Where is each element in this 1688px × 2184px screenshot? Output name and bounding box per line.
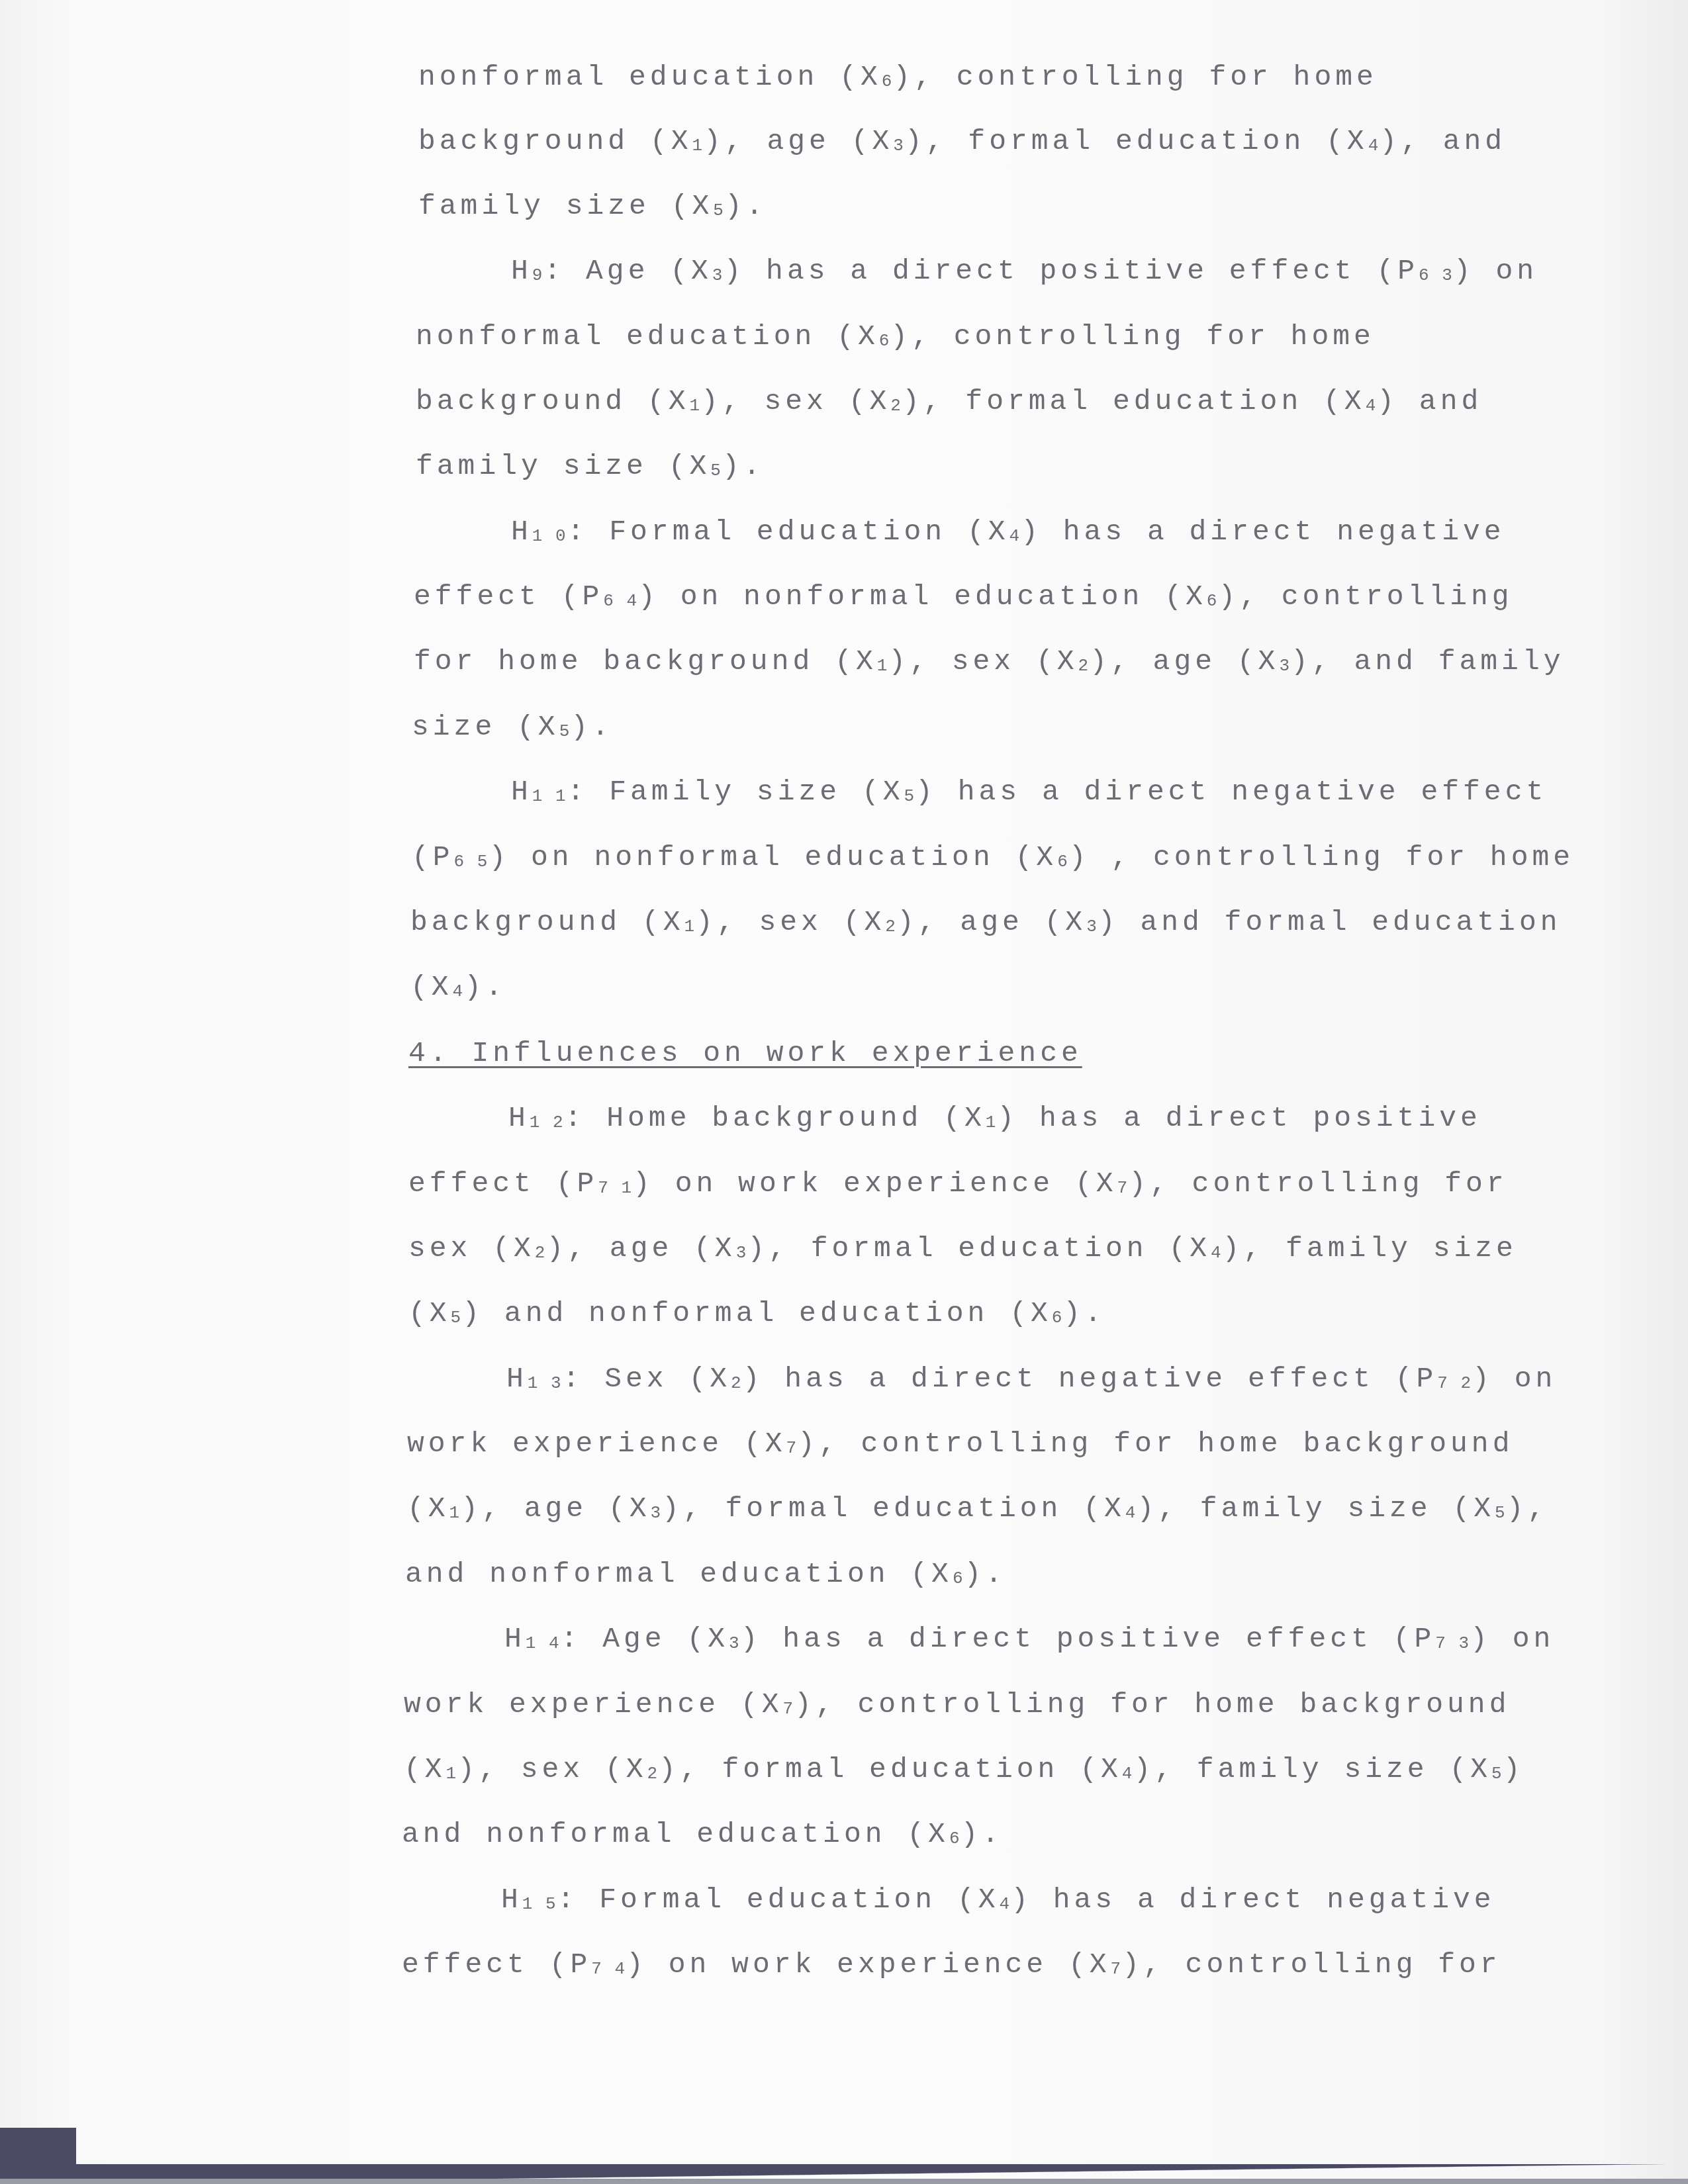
scanned-page: nonformal education (X6), controlling fo… [0,0,1688,2184]
subscript: 5 [713,201,725,220]
text-line: work experience (X7), controlling for ho… [407,1430,1513,1458]
subscript: 4 [453,981,465,1001]
text-run: ) on work experience (X [626,1948,1111,1981]
text-run: (X [410,971,453,1003]
subscript: 6 [1207,591,1219,611]
text-run: H [504,1623,526,1655]
text-run: ) on nonformal education (X [638,580,1207,613]
subscript: 7 1 [598,1178,633,1198]
text-run: for home background (X [414,645,877,678]
text-run: work experience (X [407,1428,786,1460]
subscript: 3 [729,1633,741,1653]
subscript: 1 [684,917,696,936]
subscript: 4 [1368,136,1380,156]
text-run: ), formal education (X [902,385,1366,418]
subscript: 7 [786,1438,798,1458]
text-line: H1 4: Age (X3) has a direct positive eff… [504,1625,1554,1653]
text-line: (X4). [410,973,506,1001]
subscript: 3 [1086,917,1098,936]
subscript: 7 [782,1699,794,1719]
subscript: 6 5 [454,852,489,872]
subscript: 2 [647,1764,659,1784]
scan-bottom-edge [0,2179,1688,2184]
text-run: ), family size (X [1137,1492,1495,1525]
text-run: background (X [416,385,689,418]
text-run: ). [961,1818,1004,1850]
text-line: background (X1), age (X3), formal educat… [418,127,1506,156]
text-run: ) has a direct negative effect (P [743,1363,1438,1395]
text-run: effect (P [408,1167,598,1200]
text-line: and nonformal education (X6). [402,1820,1003,1848]
text-line: (X1), age (X3), formal education (X4), f… [407,1494,1548,1523]
text-run: ) on [1454,255,1538,287]
text-run: effect (P [414,580,603,613]
subscript: 1 4 [526,1633,561,1653]
section-heading: 4. Influences on work experience [408,1039,1082,1068]
text-run: : Formal education (X [567,516,1009,548]
text-run: sex (X [408,1232,535,1265]
text-run: ). [1063,1297,1105,1330]
text-run: (X [408,1297,451,1330]
subscript: 4 [1125,1503,1137,1523]
text-run: nonformal education (X [416,320,879,353]
text-run: ), controlling for home [893,61,1378,93]
text-run: : Home background (X [565,1102,986,1134]
text-line: work experience (X7), controlling for ho… [404,1690,1510,1719]
text-run: background (X [410,906,684,938]
text-run: ), [1507,1492,1549,1525]
text-run: : Age (X [543,255,712,287]
text-run: ). [571,711,613,743]
text-run: H [501,1884,522,1916]
text-run: ) has a direct negative [1021,516,1505,548]
text-run: ) has a direct positive effect (P [741,1623,1436,1655]
subscript: 1 [689,396,701,416]
text-run: ) , controlling for home [1069,841,1574,874]
subscript: 5 [451,1308,463,1328]
subscript: 1 2 [530,1113,565,1132]
text-run: ) and formal education [1098,906,1562,938]
text-line: H1 2: Home background (X1) has a direct … [508,1104,1481,1132]
text-line: H9: Age (X3) has a direct positive effec… [511,257,1538,285]
text-line: and nonformal education (X6). [405,1560,1006,1588]
text-line: (X1), sex (X2), formal education (X4), f… [404,1755,1524,1784]
subscript: 6 4 [603,591,638,611]
subscript: 1 [986,1113,998,1132]
text-line: (P6 5) on nonformal education (X6) , con… [412,843,1574,872]
subscript: 2 [535,1243,547,1263]
text-run: H [508,1102,530,1134]
subscript: 5 [710,461,722,480]
subscript: 3 [736,1243,748,1263]
subscript: 5 [559,721,571,741]
text-run: and nonformal education (X [405,1558,953,1590]
text-run: H [511,255,532,287]
text-line: family size (X5). [418,192,767,220]
text-run: H [511,516,532,548]
text-line: effect (P7 1) on work experience (X7), c… [408,1169,1508,1198]
text-run: (X [404,1753,446,1786]
text-run: : Sex (X [563,1363,731,1395]
subscript: 3 [893,136,905,156]
text-run: work experience (X [404,1688,782,1721]
text-run: ). [464,971,506,1003]
subscript: 2 [885,917,897,936]
text-run: ) on work experience (X [633,1167,1117,1200]
subscript: 6 [949,1829,961,1848]
text-line: H1 3: Sex (X2) has a direct negative eff… [506,1365,1556,1393]
subscript: 6 [1057,852,1069,872]
text-run: ) on nonformal education (X [489,841,1057,874]
subscript: 6 [1052,1308,1064,1328]
text-run: ). [964,1558,1007,1590]
text-line: sex (X2), age (X3), formal education (X4… [408,1234,1517,1263]
subscript: 7 3 [1435,1633,1470,1653]
subscript: 1 [692,136,704,156]
text-run: ), formal education (X [659,1753,1122,1786]
text-line: nonformal education (X6), controlling fo… [418,63,1378,91]
subscript: 3 [712,265,724,285]
text-run: ) and nonformal education (X [462,1297,1052,1330]
subscript: 5 [904,786,916,806]
text-run: ), family size [1223,1232,1517,1265]
text-run: ), formal education (X [905,125,1368,158]
text-line: for home background (X1), sex (X2), age … [414,647,1565,676]
text-run: H [506,1363,528,1395]
text-run: size (X [412,711,559,743]
subscript: 7 [1111,1959,1123,1979]
text-run: ), controlling [1218,580,1513,613]
text-line: background (X1), sex (X2), formal educat… [416,387,1482,416]
text-run: ), controlling for home background [798,1428,1513,1460]
subscript: 1 [446,1764,458,1784]
text-line: effect (P7 4) on work experience (X7), c… [402,1950,1501,1979]
subscript: 6 [953,1569,964,1588]
subscript: 4 [1000,1894,1011,1914]
subscript: 2 [890,396,902,416]
text-line: family size (X5). [416,452,764,480]
subscript: 5 [1491,1764,1503,1784]
text-run: ), sex (X [888,645,1078,678]
subscript: 6 [879,331,891,351]
text-run: ), age (X [546,1232,735,1265]
text-run: ), age (X [897,906,1086,938]
text-run: ) has a direct negative [1011,1884,1495,1916]
text-run: ). [725,190,767,222]
text-line: size (X5). [412,713,613,741]
subscript: 1 3 [528,1373,563,1393]
text-run: ), controlling for home background [794,1688,1510,1721]
subscript: 2 [731,1373,743,1393]
subscript: 4 [1211,1243,1223,1263]
text-line: nonformal education (X6), controlling fo… [416,322,1375,351]
text-run: ), family size (X [1133,1753,1491,1786]
subscript: 1 5 [522,1894,557,1914]
text-line: (X5) and nonformal education (X6). [408,1299,1105,1328]
text-run: (X [407,1492,449,1525]
subscript: 3 [1279,656,1291,676]
subscript: 7 [1117,1178,1129,1198]
subscript: 7 2 [1437,1373,1472,1393]
subscript: 2 [1078,656,1090,676]
subscript: 5 [1495,1503,1507,1523]
text-run: ), sex (X [696,906,885,938]
text-line: background (X1), sex (X2), age (X3) and … [410,908,1562,936]
subscript: 4 [1366,396,1378,416]
subscript: 4 [1122,1764,1134,1784]
text-line: effect (P6 4) on nonformal education (X6… [414,582,1513,611]
subscript: 1 1 [532,786,567,806]
subscript: 3 [650,1503,662,1523]
text-run: ), formal education (X [747,1232,1211,1265]
text-run: background (X [418,125,692,158]
text-run: ), and family [1291,645,1564,678]
text-run: ), age (X [704,125,893,158]
text-run: ) has a direct negative effect [915,776,1547,808]
text-line: H1 1: Family size (X5) has a direct nega… [511,778,1547,806]
text-run: ), controlling for home [890,320,1375,353]
text-run: ) on [1470,1623,1554,1655]
text-run: : Formal education (X [557,1884,1000,1916]
text-run: family size (X [416,450,710,482]
text-run: ), formal education (X [662,1492,1125,1525]
text-run: nonformal education (X [418,61,882,93]
text-run: ) [1503,1753,1524,1786]
subscript: 6 3 [1419,265,1454,285]
text-run: (P [412,841,454,874]
text-run: ), sex (X [457,1753,647,1786]
subscript: 9 [532,265,544,285]
subscript: 1 [877,656,889,676]
subscript: 6 [882,71,894,91]
text-run: ), age (X [461,1492,650,1525]
text-run: ), age (X [1090,645,1279,678]
text-run: ) on [1472,1363,1556,1395]
text-run: ) has a direct positive effect (P [724,255,1419,287]
text-run: ), and [1380,125,1506,158]
text-line: H1 0: Formal education (X4) has a direct… [511,518,1505,546]
subscript: 1 [449,1503,461,1523]
text-run: ). [722,450,765,482]
text-run: family size (X [418,190,713,222]
subscript: 7 4 [591,1959,626,1979]
text-run: : Age (X [561,1623,729,1655]
subscript: 1 0 [532,526,567,546]
text-run: ), sex (X [701,385,890,418]
text-run: ), controlling for [1122,1948,1501,1981]
text-run: and nonformal education (X [402,1818,949,1850]
text-run: effect (P [402,1948,591,1981]
text-run: : Family size (X [567,776,904,808]
text-run: ) has a direct positive [997,1102,1481,1134]
text-run: ), controlling for [1129,1167,1507,1200]
text-run: 4. Influences on work experience [408,1037,1082,1069]
text-line: H1 5: Formal education (X4) has a direct… [501,1886,1495,1914]
scan-edge-artifact [0,2128,76,2184]
text-run: ) and [1377,385,1482,418]
subscript: 4 [1009,526,1021,546]
text-run: H [511,776,532,808]
